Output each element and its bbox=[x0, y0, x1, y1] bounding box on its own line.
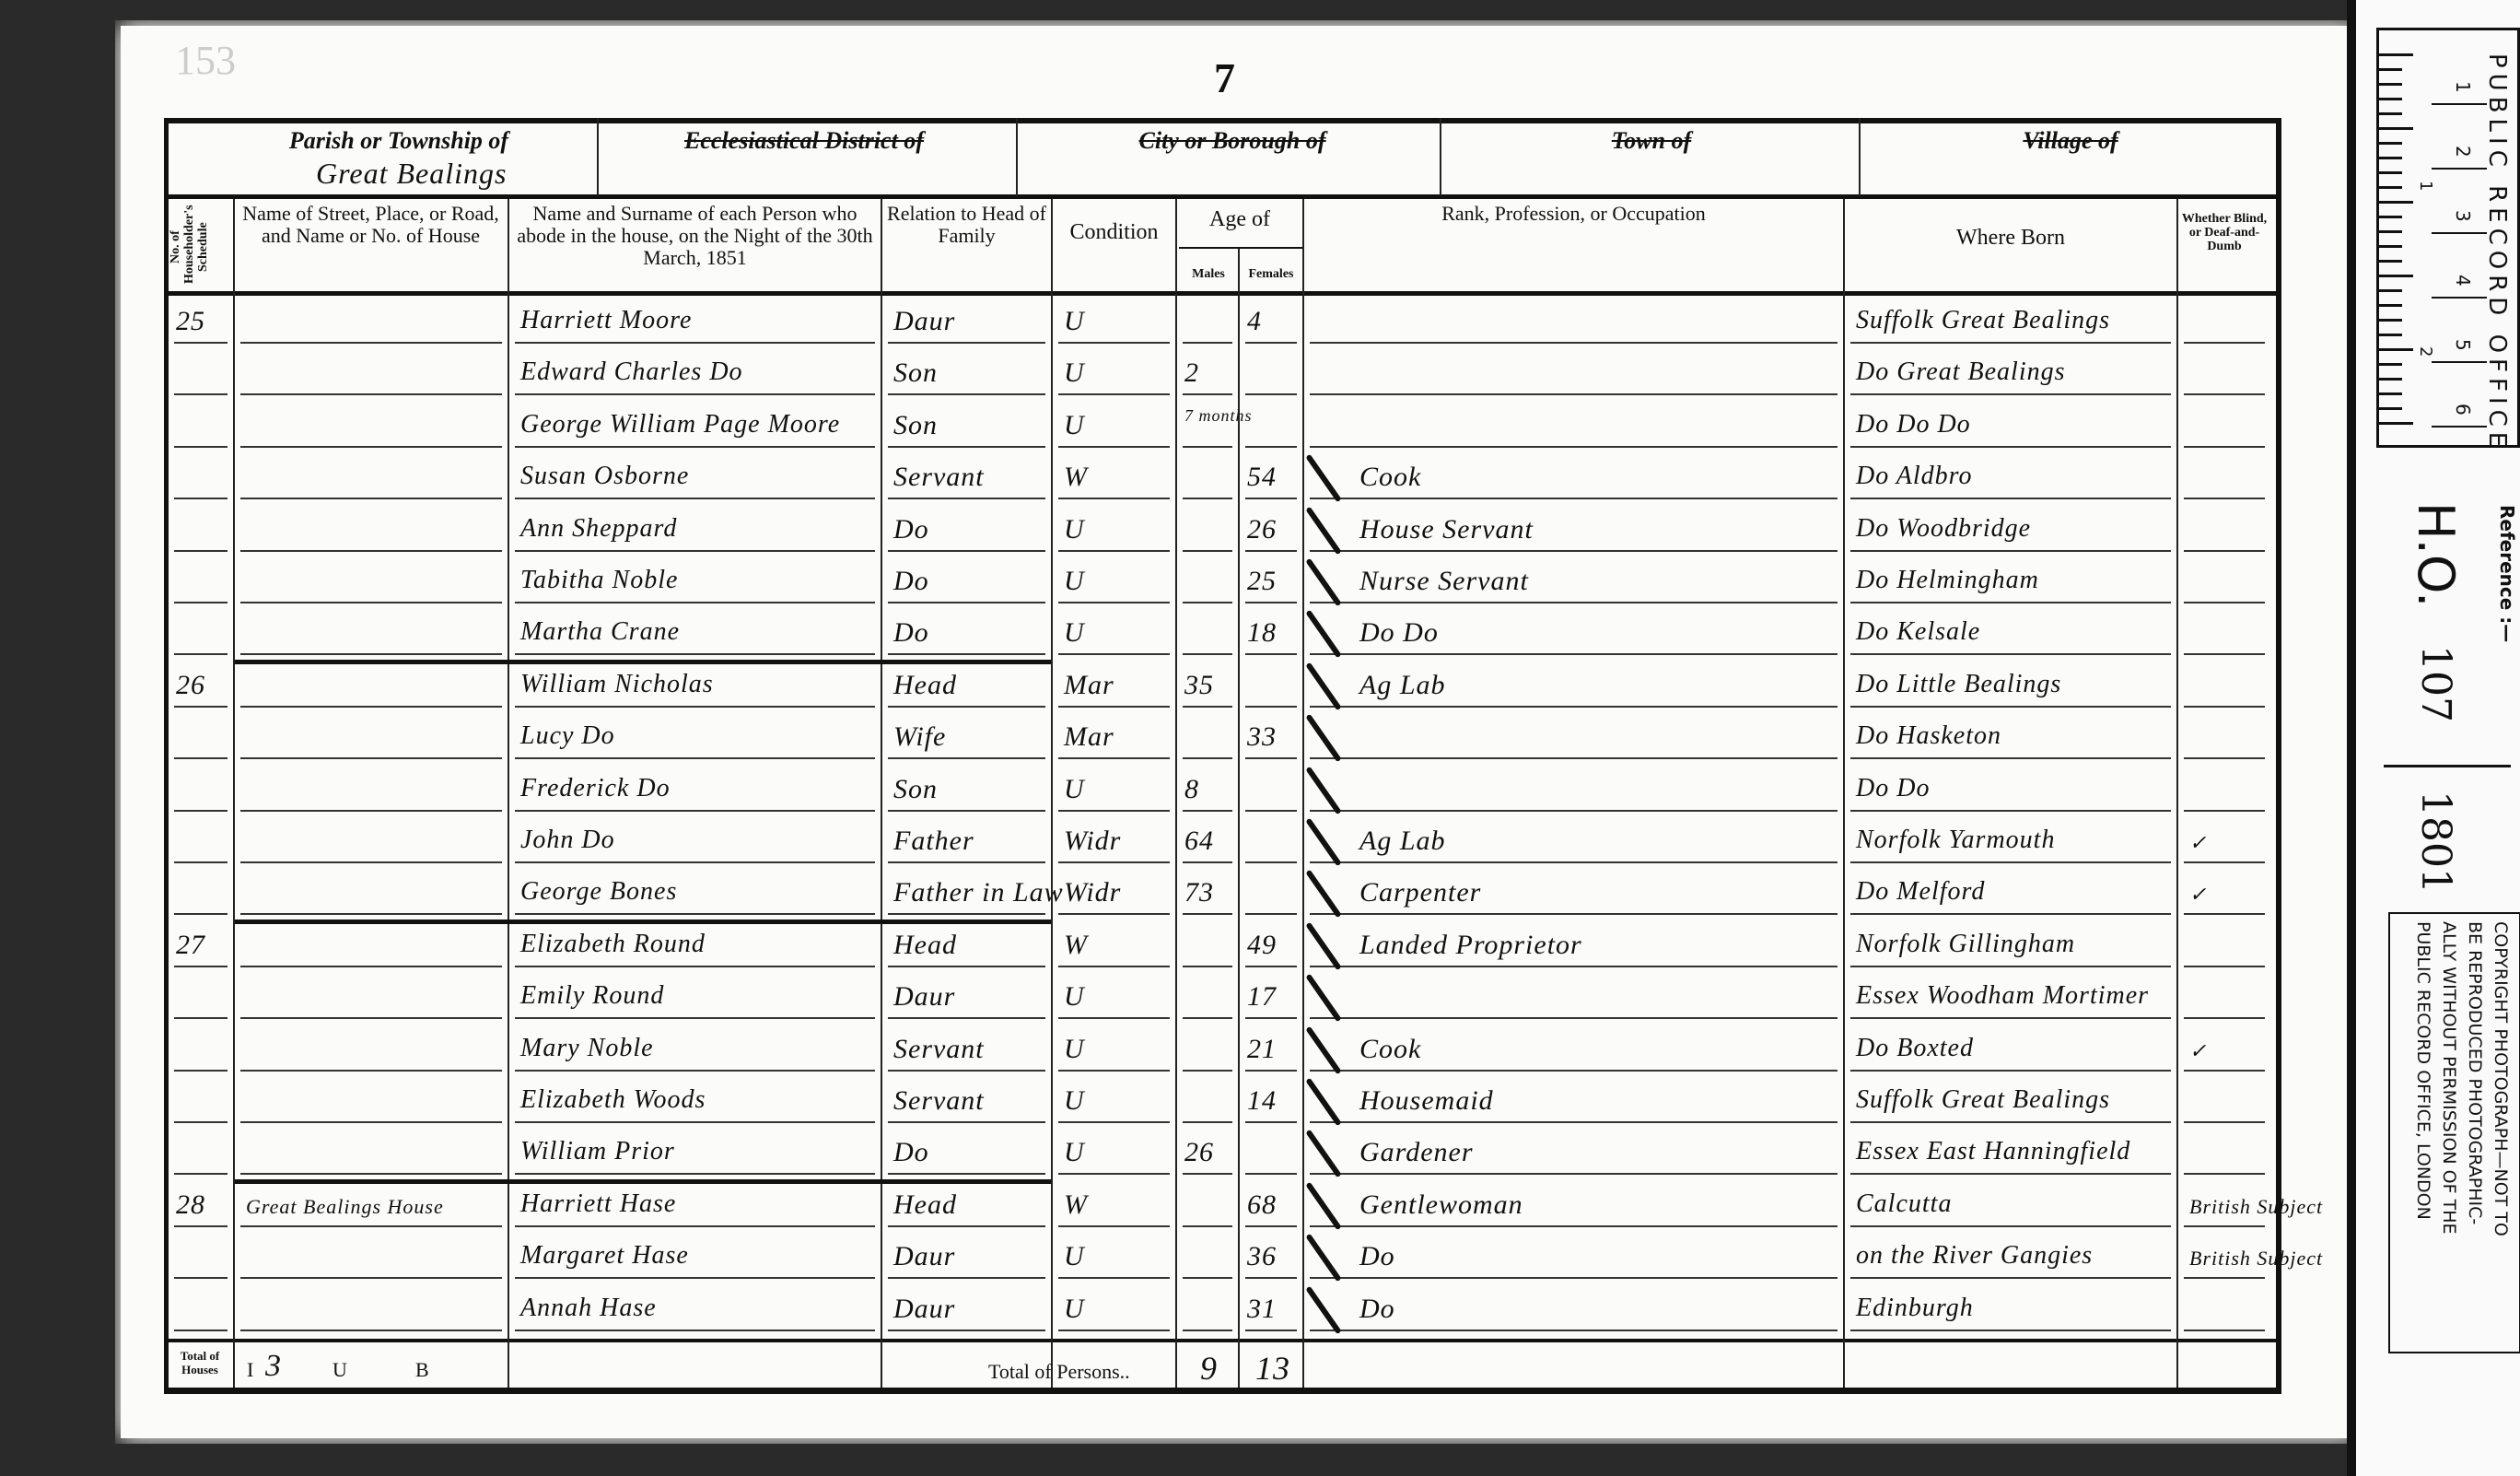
row-rule bbox=[1310, 1225, 1837, 1227]
cell-schedule: 28 bbox=[176, 1189, 205, 1221]
row-rule bbox=[2184, 1070, 2265, 1072]
cell-relation: Father in Law bbox=[893, 877, 1064, 908]
ruler-tick bbox=[2378, 319, 2402, 322]
row-rule bbox=[1245, 342, 1297, 344]
table-row: William PriorDoU26GardenerEssex East Han… bbox=[169, 1130, 2276, 1180]
row-rule bbox=[174, 550, 227, 552]
cell-female: 18 bbox=[1247, 617, 1277, 649]
row-rule bbox=[1183, 653, 1232, 655]
row-rule bbox=[1245, 810, 1297, 812]
row-rule bbox=[1850, 913, 2171, 915]
row-rule bbox=[240, 653, 502, 655]
cell-occupation: Cook bbox=[1359, 1034, 1421, 1065]
cell-schedule: 25 bbox=[176, 306, 205, 337]
header-sep-2 bbox=[1016, 118, 1018, 196]
row-rule bbox=[888, 1070, 1045, 1072]
row-rule bbox=[1245, 1121, 1297, 1123]
row-rule bbox=[2184, 1121, 2265, 1123]
row-rule bbox=[174, 913, 227, 915]
row-rule bbox=[1310, 810, 1837, 812]
tally-mark-icon bbox=[1305, 1130, 1341, 1178]
row-rule bbox=[174, 1017, 227, 1019]
row-rule bbox=[1058, 810, 1170, 812]
cell-relation: Son bbox=[893, 357, 938, 389]
row-rule bbox=[1058, 1070, 1170, 1072]
row-rule bbox=[174, 446, 227, 448]
cell-born: Do Do bbox=[1856, 774, 1930, 803]
row-rule bbox=[1183, 861, 1232, 863]
row-rule bbox=[888, 913, 1045, 915]
row-rule bbox=[1310, 602, 1837, 603]
row-rule bbox=[515, 913, 875, 915]
row-rule bbox=[1183, 1070, 1232, 1072]
row-rule bbox=[1058, 1173, 1170, 1175]
cell-blind: ✓ bbox=[2189, 883, 2207, 907]
row-rule bbox=[240, 1017, 502, 1019]
cell-name: Martha Crane bbox=[520, 617, 680, 647]
row-rule bbox=[1183, 1277, 1232, 1279]
row-rule bbox=[174, 498, 227, 499]
cell-occupation: Cook bbox=[1359, 462, 1421, 493]
row-rule bbox=[2184, 966, 2265, 967]
cell-relation: Do bbox=[893, 514, 929, 545]
cell-born: Do Boxted bbox=[1856, 1034, 1974, 1063]
row-rule bbox=[1310, 1277, 1837, 1279]
tally-mark-icon bbox=[1305, 974, 1341, 1023]
row-rule bbox=[2184, 602, 2265, 603]
table-row: Frederick DoSonU8Do Do bbox=[169, 767, 2276, 817]
row-rule bbox=[1183, 1173, 1232, 1175]
row-rule bbox=[1850, 1225, 2171, 1227]
cell-male: 35 bbox=[1184, 670, 1214, 701]
table-row: 27Elizabeth RoundHeadW49Landed Proprieto… bbox=[169, 922, 2276, 973]
cell-name: Susan Osborne bbox=[520, 462, 689, 491]
row-rule bbox=[1058, 1017, 1170, 1019]
scale-label: 5 bbox=[2452, 339, 2474, 351]
row-rule bbox=[240, 498, 502, 499]
cell-male: 64 bbox=[1184, 826, 1214, 857]
row-rule bbox=[1058, 1277, 1170, 1279]
row-rule bbox=[2184, 1225, 2265, 1227]
table-top-border bbox=[169, 118, 2276, 123]
ruler-tick bbox=[2378, 422, 2413, 425]
cell-born: Do Melford bbox=[1856, 877, 1985, 907]
cell-condition: W bbox=[1064, 462, 1088, 493]
cell-female: 14 bbox=[1247, 1085, 1277, 1117]
row-rule bbox=[515, 446, 875, 448]
row-rule bbox=[174, 342, 227, 344]
ruler-tick bbox=[2378, 157, 2402, 159]
row-rule bbox=[1850, 550, 2171, 552]
cell-condition: U bbox=[1064, 1294, 1085, 1325]
copyright-line: ALLY WITHOUT PERMISSION OF THE bbox=[2439, 921, 2459, 1235]
row-rule bbox=[1183, 1017, 1232, 1019]
census-table: Parish or Township of Great Bealings Ecc… bbox=[164, 118, 2281, 1394]
ruler-tick bbox=[2378, 53, 2413, 56]
tally-mark-icon bbox=[1305, 870, 1341, 919]
row-rule bbox=[1245, 757, 1297, 759]
row-rule bbox=[1058, 653, 1170, 655]
row-rule bbox=[888, 653, 1045, 655]
row-rule bbox=[1245, 1330, 1297, 1331]
ruler-tick bbox=[2378, 275, 2413, 277]
row-rule bbox=[1058, 757, 1170, 759]
ruler-tick bbox=[2378, 230, 2402, 233]
row-rule bbox=[888, 966, 1045, 967]
cell-condition: U bbox=[1064, 566, 1085, 597]
row-rule bbox=[1310, 498, 1837, 499]
row-rule bbox=[1183, 1121, 1232, 1123]
row-rule bbox=[515, 861, 875, 863]
cell-female: 49 bbox=[1247, 930, 1277, 961]
row-rule bbox=[1058, 393, 1170, 395]
ruler-tick bbox=[2378, 186, 2402, 189]
cell-occupation: Ag Lab bbox=[1359, 826, 1446, 857]
cell-schedule: 27 bbox=[176, 930, 205, 961]
row-rule bbox=[1245, 1017, 1297, 1019]
cell-relation: Head bbox=[893, 670, 957, 701]
row-rule bbox=[1183, 966, 1232, 967]
row-rule bbox=[1310, 1121, 1837, 1123]
cell-born: Suffolk Great Bealings bbox=[1856, 1085, 2110, 1115]
row-rule bbox=[1183, 550, 1232, 552]
header-sep-1 bbox=[597, 118, 599, 196]
scale-divider bbox=[2432, 297, 2487, 299]
row-rule bbox=[240, 810, 502, 812]
row-rule bbox=[1310, 913, 1837, 915]
row-rule bbox=[1310, 393, 1837, 395]
ref-divider bbox=[2384, 765, 2511, 767]
cell-name: John Do bbox=[520, 826, 615, 855]
row-rule bbox=[1310, 1330, 1837, 1331]
row-rule bbox=[1058, 602, 1170, 603]
tally-mark-icon bbox=[1305, 922, 1341, 971]
inch-label: 2 bbox=[2416, 346, 2435, 357]
row-rule bbox=[240, 706, 502, 708]
cell-schedule: 26 bbox=[176, 670, 205, 701]
row-rule bbox=[1310, 342, 1837, 344]
row-rule bbox=[1310, 1173, 1837, 1175]
series-code: H.O. bbox=[2407, 502, 2465, 607]
village-label: Village of bbox=[1872, 127, 2269, 155]
parish-label: Parish or Township of bbox=[224, 127, 574, 155]
scale-divider bbox=[2432, 168, 2487, 170]
cell-male: 8 bbox=[1184, 774, 1199, 805]
row-rule bbox=[1310, 446, 1837, 448]
cell-condition: U bbox=[1064, 1137, 1085, 1168]
row-rule bbox=[1245, 498, 1297, 499]
row-rule bbox=[1310, 1070, 1837, 1072]
cell-condition: U bbox=[1064, 617, 1085, 649]
scale-label: 1 bbox=[2452, 81, 2474, 93]
parish-value: Great Bealings bbox=[316, 157, 507, 191]
row-rule bbox=[1183, 1330, 1232, 1331]
cell-relation: Do bbox=[893, 566, 929, 597]
office-label: PUBLIC RECORD OFFICE bbox=[2483, 53, 2511, 452]
row-rule bbox=[515, 1017, 875, 1019]
row-rule bbox=[1850, 1173, 2171, 1175]
row-rule bbox=[888, 342, 1045, 344]
ruler-tick bbox=[2378, 216, 2402, 218]
cell-name: Margaret Hase bbox=[520, 1241, 689, 1271]
col-relation: Relation to Head of Family bbox=[882, 203, 1051, 295]
cell-name: Frederick Do bbox=[520, 774, 671, 803]
cell-occupation: Carpenter bbox=[1359, 877, 1481, 908]
cell-condition: U bbox=[1064, 774, 1085, 805]
row-rule bbox=[888, 393, 1045, 395]
row-rule bbox=[240, 1225, 502, 1227]
row-rule bbox=[888, 1017, 1045, 1019]
cell-occupation: Ag Lab bbox=[1359, 670, 1446, 701]
cell-relation: Daur bbox=[893, 981, 955, 1013]
col-blind: Whether Blind, or Deaf-and-Dumb bbox=[2178, 212, 2270, 304]
cell-relation: Do bbox=[893, 617, 929, 649]
tally-mark-icon bbox=[1305, 766, 1341, 814]
ruler-tick bbox=[2378, 245, 2402, 248]
row-rule bbox=[888, 1121, 1045, 1123]
row-rule bbox=[2184, 393, 2265, 395]
row-rule bbox=[240, 1173, 502, 1175]
row-rule bbox=[515, 757, 875, 759]
ruler-tick bbox=[2378, 304, 2402, 307]
cell-male: 26 bbox=[1184, 1137, 1214, 1168]
row-rule bbox=[1183, 757, 1232, 759]
cell-name: George William Page Moore bbox=[520, 410, 840, 439]
row-rule bbox=[174, 653, 227, 655]
row-rule bbox=[1245, 1070, 1297, 1072]
city-borough-label: City or Borough of bbox=[1030, 127, 1435, 155]
scale-divider bbox=[2432, 232, 2487, 234]
row-rule bbox=[1058, 861, 1170, 863]
row-rule bbox=[2184, 1277, 2265, 1279]
header-divider bbox=[169, 194, 2276, 199]
cell-condition: W bbox=[1064, 930, 1088, 961]
tally-mark-icon bbox=[1305, 1234, 1341, 1283]
row-rule bbox=[2184, 810, 2265, 812]
row-rule bbox=[515, 1070, 875, 1072]
ruler-tick bbox=[2378, 127, 2413, 130]
cell-name: Lucy Do bbox=[520, 721, 615, 751]
inhabited-value: 3 bbox=[265, 1349, 282, 1384]
row-rule bbox=[515, 966, 875, 967]
tally-mark-icon bbox=[1305, 1182, 1341, 1231]
row-rule bbox=[240, 393, 502, 395]
row-rule bbox=[2184, 757, 2265, 759]
row-rule bbox=[2184, 861, 2265, 863]
row-rule bbox=[888, 810, 1045, 812]
total-persons-label: Total of Persons.. bbox=[988, 1360, 1130, 1384]
row-rule bbox=[515, 1225, 875, 1227]
tally-mark-icon bbox=[1305, 558, 1341, 607]
cell-occupation: Nurse Servant bbox=[1359, 566, 1529, 597]
row-rule bbox=[1850, 498, 2171, 499]
cell-name: William Nicholas bbox=[520, 670, 714, 699]
row-rule bbox=[2184, 1330, 2265, 1331]
cell-female: 4 bbox=[1247, 306, 1262, 337]
scale-label: 6 bbox=[2452, 404, 2474, 416]
row-rule bbox=[1058, 913, 1170, 915]
cell-street: Great Bealings House bbox=[246, 1195, 444, 1219]
cell-occupation: Gentlewoman bbox=[1359, 1189, 1523, 1221]
row-rule bbox=[2184, 913, 2265, 915]
row-rule bbox=[174, 757, 227, 759]
copyright-line: COPYRIGHT PHOTOGRAPH—NOT TO bbox=[2491, 921, 2511, 1236]
row-rule bbox=[1183, 913, 1232, 915]
ruler-tick bbox=[2378, 142, 2402, 145]
cell-born: Essex Woodham Mortimer bbox=[1856, 981, 2149, 1011]
row-rule bbox=[888, 498, 1045, 499]
cell-born: Norfolk Gillingham bbox=[1856, 930, 2075, 959]
cell-born: Do Little Bealings bbox=[1856, 670, 2061, 699]
cell-female: 21 bbox=[1247, 1034, 1277, 1065]
cell-condition: Widr bbox=[1064, 826, 1121, 857]
ecclesiastical-district-label: Ecclesiastical District of bbox=[611, 127, 997, 155]
cell-born: Do Do Do bbox=[1856, 410, 1971, 439]
reference-strip: PUBLIC RECORD OFFICE Reference :— H.O. 1… bbox=[2347, 0, 2520, 1476]
cell-name: Elizabeth Round bbox=[520, 930, 706, 959]
cell-condition: Mar bbox=[1064, 721, 1114, 753]
row-rule bbox=[1245, 446, 1297, 448]
cell-relation: Wife bbox=[893, 721, 946, 753]
cell-born: Calcutta bbox=[1856, 1189, 1952, 1219]
row-rule bbox=[1850, 966, 2171, 967]
row-rule bbox=[1183, 810, 1232, 812]
row-rule bbox=[1310, 966, 1837, 967]
row-rule bbox=[1850, 1277, 2171, 1279]
row-rule bbox=[1850, 810, 2171, 812]
table-row: Martha CraneDoU18Do DoDo Kelsale bbox=[169, 610, 2276, 661]
row-rule bbox=[240, 602, 502, 603]
cell-blind: British Subject bbox=[2189, 1247, 2323, 1271]
row-rule bbox=[174, 1330, 227, 1331]
row-rule bbox=[240, 550, 502, 552]
row-rule bbox=[1058, 1225, 1170, 1227]
row-rule bbox=[1183, 393, 1232, 395]
row-rule bbox=[515, 653, 875, 655]
header-sep-4 bbox=[1859, 118, 1861, 196]
cell-condition: U bbox=[1064, 1241, 1085, 1272]
row-rule bbox=[515, 550, 875, 552]
corner-number: 153 bbox=[175, 37, 236, 84]
row-rule bbox=[1245, 1173, 1297, 1175]
row-rule bbox=[515, 342, 875, 344]
row-rule bbox=[515, 498, 875, 499]
table-row: Tabitha NobleDoU25Nurse ServantDo Helmin… bbox=[169, 558, 2276, 609]
table-row: Emily RoundDaurU17Essex Woodham Mortimer bbox=[169, 974, 2276, 1025]
table-row: George William Page MooreSonU7 monthsDo … bbox=[169, 403, 2276, 453]
cell-condition: U bbox=[1064, 981, 1085, 1013]
row-rule bbox=[888, 550, 1045, 552]
row-rule bbox=[240, 342, 502, 344]
ruler-tick bbox=[2378, 348, 2413, 351]
cell-relation: Servant bbox=[893, 1085, 985, 1117]
cell-occupation: Do bbox=[1359, 1241, 1395, 1272]
cell-born: Norfolk Yarmouth bbox=[1856, 826, 2055, 855]
col-name: Name and Surname of each Person who abod… bbox=[509, 203, 881, 295]
row-rule bbox=[240, 966, 502, 967]
row-rule bbox=[240, 757, 502, 759]
row-rule bbox=[240, 446, 502, 448]
ruler-tick bbox=[2378, 112, 2402, 115]
cell-born: Suffolk Great Bealings bbox=[1856, 306, 2110, 335]
row-rule bbox=[1850, 653, 2171, 655]
cell-condition: Widr bbox=[1064, 877, 1121, 908]
row-rule bbox=[240, 861, 502, 863]
row-rule bbox=[1850, 1070, 2171, 1072]
tally-mark-icon bbox=[1305, 818, 1341, 867]
tally-mark-icon bbox=[1305, 1078, 1341, 1127]
row-rule bbox=[515, 1330, 875, 1331]
cell-blind: ✓ bbox=[2189, 1039, 2207, 1063]
row-rule bbox=[1850, 1017, 2171, 1019]
row-rule bbox=[174, 602, 227, 603]
inhabited-label: I bbox=[247, 1358, 253, 1382]
cell-born: Do Great Bealings bbox=[1856, 357, 2066, 387]
row-rule bbox=[1183, 498, 1232, 499]
row-rule bbox=[1245, 1277, 1297, 1279]
row-rule bbox=[1850, 393, 2171, 395]
tally-mark-icon bbox=[1305, 506, 1341, 555]
ruler-tick bbox=[2378, 98, 2402, 100]
row-rule bbox=[240, 913, 502, 915]
cell-name: Emily Round bbox=[520, 981, 664, 1011]
row-rule bbox=[1310, 550, 1837, 552]
ruler-tick bbox=[2378, 363, 2402, 366]
tally-mark-icon bbox=[1305, 1285, 1341, 1334]
scale-divider bbox=[2432, 103, 2487, 105]
cell-female: 36 bbox=[1247, 1241, 1277, 1272]
header-sep-3 bbox=[1440, 118, 1441, 196]
uninhabited-label: U bbox=[332, 1358, 347, 1382]
row-rule bbox=[2184, 446, 2265, 448]
table-bottom-border bbox=[169, 1388, 2276, 1394]
table-row: Edward Charles DoSonU2Do Great Bealings bbox=[169, 350, 2276, 401]
row-rule bbox=[888, 1225, 1045, 1227]
table-row: John DoFatherWidr64Ag LabNorfolk Yarmout… bbox=[169, 818, 2276, 869]
town-label: Town of bbox=[1449, 127, 1854, 155]
row-rule bbox=[174, 393, 227, 395]
row-rule bbox=[1850, 861, 2171, 863]
row-rule bbox=[888, 706, 1045, 708]
col-street: Name of Street, Place, or Road, and Name… bbox=[235, 203, 507, 295]
row-rule bbox=[174, 966, 227, 967]
cell-condition: U bbox=[1064, 306, 1085, 337]
scale-divider bbox=[2432, 426, 2487, 428]
cell-male: 73 bbox=[1184, 877, 1214, 908]
cell-relation: Do bbox=[893, 1137, 929, 1168]
row-rule bbox=[1245, 861, 1297, 863]
tally-mark-icon bbox=[1305, 714, 1341, 763]
row-rule bbox=[1058, 498, 1170, 499]
table-row: Elizabeth WoodsServantU14HousemaidSuffol… bbox=[169, 1078, 2276, 1129]
row-rule bbox=[888, 861, 1045, 863]
cell-female: 17 bbox=[1247, 981, 1277, 1013]
row-rule bbox=[240, 1121, 502, 1123]
row-rule bbox=[1310, 757, 1837, 759]
row-rule bbox=[240, 1277, 502, 1279]
age-divider bbox=[1179, 247, 1302, 249]
cell-relation: Son bbox=[893, 774, 938, 805]
cell-condition: U bbox=[1064, 514, 1085, 545]
cell-name: Harriett Moore bbox=[520, 306, 692, 335]
cell-relation: Daur bbox=[893, 1241, 955, 1272]
cell-blind: ✓ bbox=[2189, 831, 2207, 855]
table-row: 28Great Bealings HouseHarriett HaseHeadW… bbox=[169, 1182, 2276, 1233]
cell-occupation: Do bbox=[1359, 1294, 1395, 1325]
row-rule bbox=[1310, 861, 1837, 863]
row-rule bbox=[1850, 1330, 2171, 1331]
tally-mark-icon bbox=[1305, 610, 1341, 659]
